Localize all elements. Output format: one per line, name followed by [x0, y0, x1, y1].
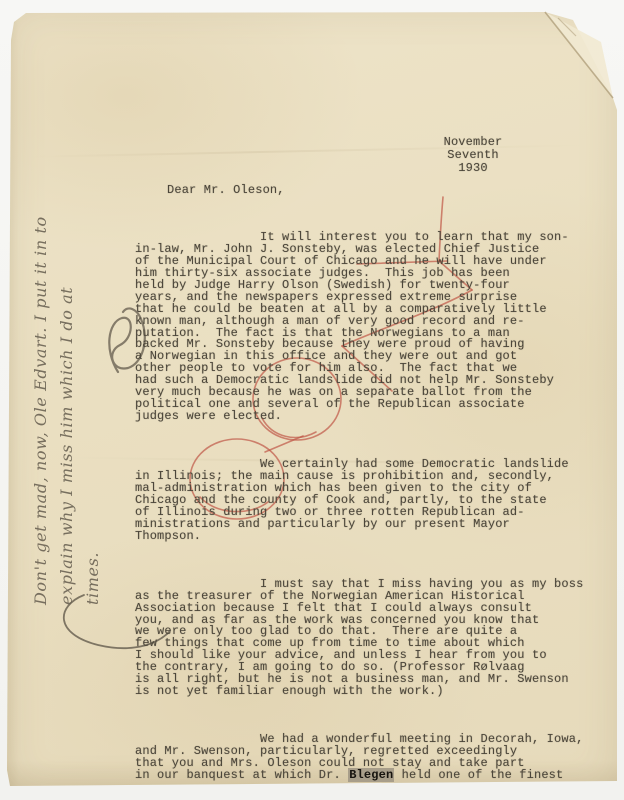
paragraph-3: I must say that I miss having you as my … — [135, 579, 583, 699]
letter-date: November Seventh 1930 — [425, 136, 521, 176]
search-highlight-blegen: Blegen — [348, 768, 394, 782]
paragraph-4-text: held one of the finest — [394, 768, 563, 782]
scanned-letter-page: November Seventh 1930 Dear Mr. Oleson, I… — [0, 0, 624, 800]
paragraph-1: It will interest you to learn that my so… — [135, 232, 583, 423]
letter-body: It will interest you to learn that my so… — [135, 208, 583, 800]
handwritten-margin-note: Don't get mad, now, Ole Edvart. I put it… — [28, 55, 112, 605]
paragraph-2: We certainly had some Democratic landsli… — [135, 459, 583, 543]
letter-salutation: Dear Mr. Oleson, — [167, 185, 285, 197]
paragraph-4: We had a wonderful meeting in Decorah, I… — [135, 734, 583, 782]
